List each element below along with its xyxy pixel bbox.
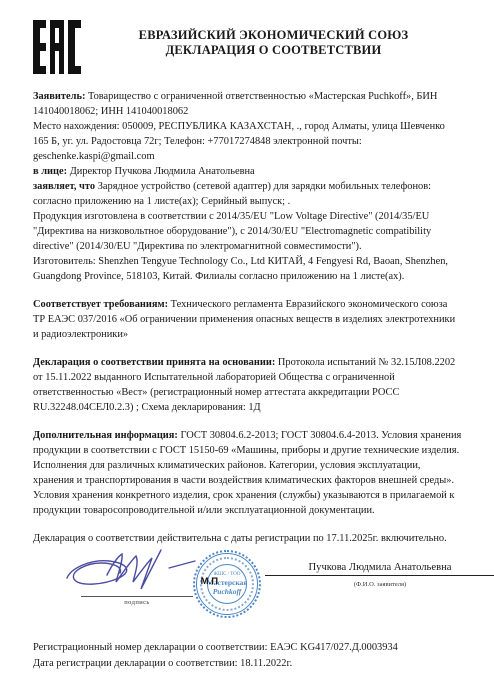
- stamp-company-line2: Puchkoff: [213, 587, 242, 596]
- validity-text: Декларация о соответствии действительна …: [33, 533, 447, 544]
- signature-caption: подпись: [81, 599, 193, 606]
- registration-date: Дата регистрации декларации о соответств…: [33, 656, 462, 672]
- document-title: ЕВРАЗИЙСКИЙ ЭКОНОМИЧЕСКИЙ СОЮЗ ДЕКЛАРАЦИ…: [85, 18, 462, 58]
- declares-label: заявляет, что: [33, 181, 95, 192]
- basis-paragraph: Декларация о соответствии принята на осн…: [33, 355, 462, 415]
- signer-name-caption: (Ф.И.О. заявителя): [265, 581, 494, 588]
- applicant-text: Товарищество с ограниченной ответственно…: [33, 91, 437, 117]
- person-paragraph: в лице: Директор Пучкова Людмила Анатоль…: [33, 164, 462, 179]
- additional-info-text: ГОСТ 30804.6.2-2013; ГОСТ 30804.6.4-2013…: [33, 430, 461, 516]
- document-header: ЕВРАЗИЙСКИЙ ЭКОНОМИЧЕСКИЙ СОЮЗ ДЕКЛАРАЦИ…: [33, 18, 462, 79]
- production-text: Продукция изготовлена в соответствии с 2…: [33, 211, 431, 252]
- declares-paragraph: заявляет, что Зарядное устройство (сетев…: [33, 179, 462, 209]
- manufacturer-paragraph: Изготовитель: Shenzhen Tengyue Technolog…: [33, 254, 462, 284]
- person-label: в лице:: [33, 166, 67, 177]
- applicant-label: Заявитель:: [33, 91, 85, 102]
- signature-line: [81, 596, 193, 597]
- eac-logo-icon: [33, 20, 85, 79]
- title-line-1: ЕВРАЗИЙСКИЙ ЭКОНОМИЧЕСКИЙ СОЮЗ: [85, 28, 462, 43]
- document-body: Заявитель: Товарищество с ограниченной о…: [33, 89, 462, 546]
- declaration-document: ЕВРАЗИЙСКИЙ ЭКОНОМИЧЕСКИЙ СОЮЗ ДЕКЛАРАЦИ…: [0, 0, 494, 699]
- additional-info-paragraph: Дополнительная информация: ГОСТ 30804.6.…: [33, 428, 462, 518]
- location-text: Место нахождения: 050009, РЕСПУБЛИКА КАЗ…: [33, 121, 445, 162]
- conformity-label: Соответствует требованиям:: [33, 299, 168, 310]
- handwritten-signature: [53, 544, 213, 604]
- title-line-2: ДЕКЛАРАЦИЯ О СООТВЕТСТВИИ: [85, 43, 462, 58]
- stamp-mp-overlay: М.П: [201, 577, 218, 586]
- location-paragraph: Место нахождения: 050009, РЕСПУБЛИКА КАЗ…: [33, 119, 462, 164]
- stamp-company-line1: М.ПМастерская: [207, 578, 248, 587]
- basis-label: Декларация о соответствии принята на осн…: [33, 357, 275, 368]
- signature-block: подпись ЖШС / ТОО М.ПМастерская Puchkoff…: [33, 550, 462, 630]
- additional-info-label: Дополнительная информация:: [33, 430, 178, 441]
- company-stamp: ЖШС / ТОО М.ПМастерская Puchkoff: [193, 550, 261, 618]
- conformity-paragraph: Соответствует требованиям: Технического …: [33, 297, 462, 342]
- stamp-center-text: ЖШС / ТОО М.ПМастерская Puchkoff: [207, 564, 247, 604]
- person-text: Директор Пучкова Людмила Анатольевна: [70, 166, 255, 177]
- registration-number: Регистрационный номер декларации о соотв…: [33, 640, 462, 656]
- signer-name: Пучкова Людмила Анатольевна: [265, 562, 494, 576]
- applicant-paragraph: Заявитель: Товарищество с ограниченной о…: [33, 89, 462, 119]
- production-paragraph: Продукция изготовлена в соответствии с 2…: [33, 209, 462, 254]
- registration-footer: Регистрационный номер декларации о соотв…: [33, 640, 462, 671]
- manufacturer-text: Изготовитель: Shenzhen Tengyue Technolog…: [33, 256, 448, 282]
